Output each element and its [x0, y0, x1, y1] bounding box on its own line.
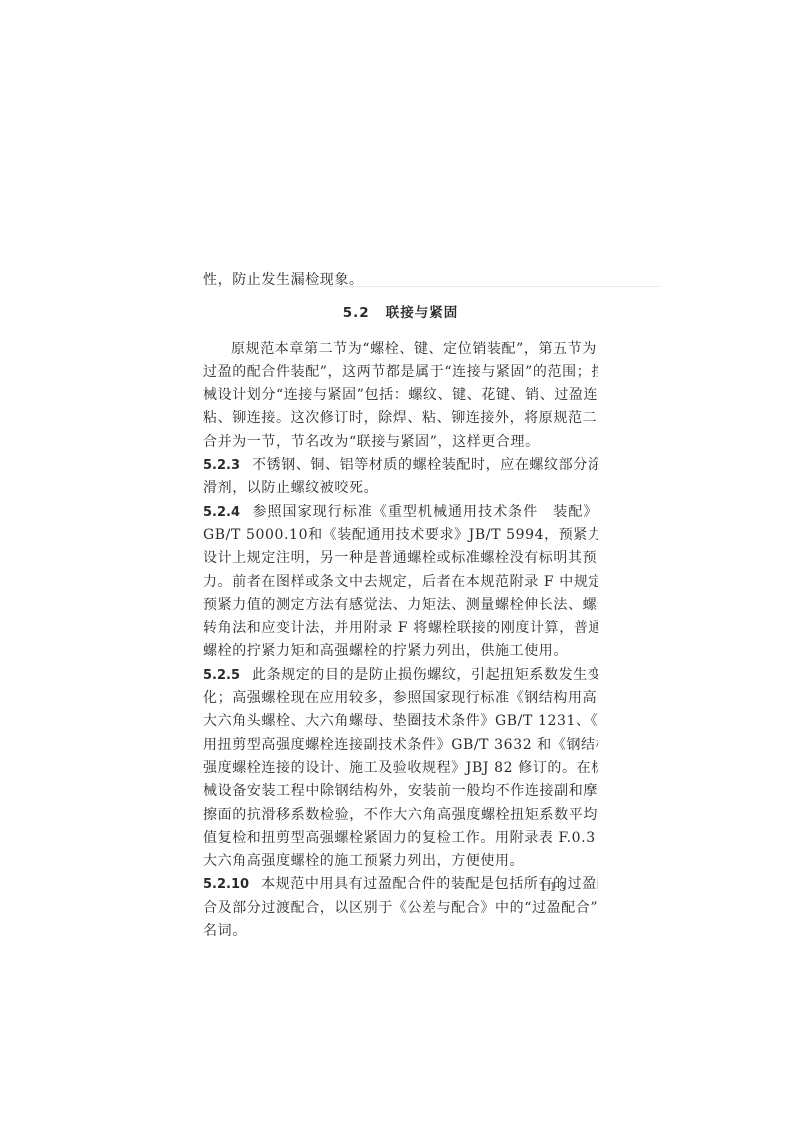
clause-5-2-3: 5.2.3不锈钢、铜、铝等材质的螺栓装配时，应在螺纹部分涂抹润 滑剂，以防止螺纹… — [203, 454, 598, 501]
clause-line: 合及部分过渡配合，以区别于《公差与配合》中的“过盈配合”专用 — [203, 897, 598, 920]
paragraph-line: 粘、铆连接。这次修订时，除焊、粘、铆连接外，将原规范二节、五节 — [203, 407, 598, 430]
clause-line: 转角法和应变计法，并用附录 F 将螺栓联接的刚度计算，普通 — [203, 617, 598, 640]
clause-text: 不锈钢、铜、铝等材质的螺栓装配时，应在螺纹部分涂抹润 — [252, 457, 598, 473]
clause-line: 大六角头螺栓、大六角螺母、垫圈技术条件》GB/T 1231、《钢结构 — [203, 710, 598, 733]
section-heading: 5.2联接与紧固 — [203, 302, 598, 325]
clause-line: 5.2.3不锈钢、铜、铝等材质的螺栓装配时，应在螺纹部分涂抹润 — [203, 454, 598, 477]
paragraph-line: 合并为一节，节名改为“联接与紧固”，这样更合理。 — [203, 431, 598, 454]
clause-line: 设计上规定注明，另一种是普通螺栓或标准螺栓没有标明其预紧 — [203, 547, 598, 570]
section-title: 联接与紧固 — [386, 305, 459, 321]
paragraph-line: 械设计划分“连接与紧固”包括：螺纹、键、花键、销、过盈连接、焊、 — [203, 384, 598, 407]
clause-line: 用扭剪型高强度螺栓连接副技术条件》GB/T 3632 和《钢结构高 — [203, 734, 598, 757]
clause-line: 大六角高强度螺栓的施工预紧力列出，方便使用。 — [203, 850, 598, 873]
clause-number: 5.2.10 — [203, 877, 249, 892]
section-number: 5.2 — [343, 305, 370, 321]
clause-line: 值复检和扭剪型高强螺栓紧固力的复检工作。用附录表 F.0.3 将 — [203, 827, 598, 850]
clause-text: 此条规定的目的是防止损伤螺纹，引起扭矩系数发生变 — [252, 667, 598, 683]
intro-paragraph: 原规范本章第二节为“螺栓、键、定位销装配”，第五节为“具有 过盈的配合件装配”，… — [203, 338, 598, 454]
clause-number: 5.2.4 — [203, 505, 240, 520]
clause-line: 擦面的抗滑移系数检验，不作大六角高强度螺栓扭矩系数平均 — [203, 804, 598, 827]
clause-number: 5.2.5 — [203, 668, 240, 683]
clause-line: 化；高强螺栓现在应用较多，参照国家现行标准《钢结构用高强度 — [203, 687, 598, 710]
clause-line: 滑剂，以防止螺纹被咬死。 — [203, 477, 598, 500]
clause-number: 5.2.3 — [203, 458, 240, 473]
clause-line: 械设备安装工程中除钢结构外，安装前一般均不作连接副和摩 — [203, 780, 598, 803]
page-number: · 115 · — [528, 880, 580, 894]
clause-line: 5.2.5此条规定的目的是防止损伤螺纹，引起扭矩系数发生变 — [203, 664, 598, 687]
paragraph-line: 过盈的配合件装配”，这两节都是属于“连接与紧固”的范围；按机 — [203, 361, 598, 384]
paragraph-line: 原规范本章第二节为“螺栓、键、定位销装配”，第五节为“具有 — [203, 338, 598, 361]
page-body: 性，防止发生漏检现象。 5.2联接与紧固 原规范本章第二节为“螺栓、键、定位销装… — [203, 269, 598, 943]
clause-text: 参照国家现行标准《重型机械通用技术条件 装配》 — [252, 504, 598, 520]
clause-line: 5.2.4参照国家现行标准《重型机械通用技术条件 装配》 — [203, 501, 598, 524]
lead-line: 性，防止发生漏检现象。 — [203, 269, 598, 292]
clause-line: GB/T 5000.10和《装配通用技术要求》JB/T 5994，预紧力一种是 — [203, 524, 598, 547]
clause-line: 螺栓的拧紧力矩和高强螺栓的拧紧力列出，供施工使用。 — [203, 640, 598, 663]
clause-5-2-4: 5.2.4参照国家现行标准《重型机械通用技术条件 装配》 GB/T 5000.1… — [203, 501, 598, 664]
clause-line: 名词。 — [203, 920, 598, 943]
clause-line: 强度螺栓连接的设计、施工及验收规程》JBJ 82 修订的。在机 — [203, 757, 598, 780]
clause-line: 预紧力值的测定方法有感觉法、力矩法、测量螺栓伸长法、螺母 — [203, 594, 598, 617]
clause-5-2-5: 5.2.5此条规定的目的是防止损伤螺纹，引起扭矩系数发生变 化；高强螺栓现在应用… — [203, 664, 598, 874]
clause-line: 力。前者在图样或条文中去规定，后者在本规范附录 F 中规定。 — [203, 571, 598, 594]
